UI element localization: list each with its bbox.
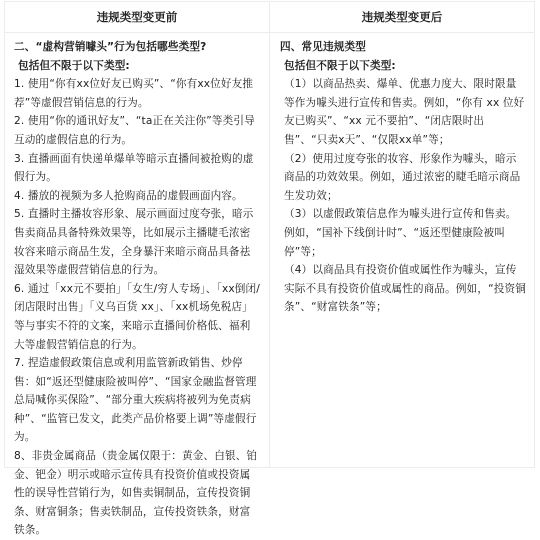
before-item-4: 4. 播放的视频为多人抢购商品的虚假画面内容。 [14, 187, 261, 206]
cell-before: 二、“虚构营销噱头”行为包括哪些类型? 包括但不限于以下类型: 1. 使用“你有… [5, 33, 270, 467]
comparison-table: 违规类型变更前 违规类型变更后 二、“虚构营销噱头”行为包括哪些类型? 包括但不… [4, 1, 535, 468]
header-before: 违规类型变更前 [5, 2, 270, 32]
table-body-row: 二、“虚构营销噱头”行为包括哪些类型? 包括但不限于以下类型: 1. 使用“你有… [5, 33, 534, 467]
after-item-1: （1）以商品热卖、爆单、优惠力度大、限时限量等作为噱头进行宣传和售卖。例如，“你… [280, 75, 526, 149]
header-after: 违规类型变更后 [270, 2, 534, 32]
after-item-3: （3）以虚假政策信息作为噱头进行宣传和售卖。例如，“国补下线倒计时”、“返还型健… [280, 205, 526, 261]
cell-after: 四、常见违规类型 包括但不限于以下类型: （1）以商品热卖、爆单、优惠力度大、限… [270, 33, 534, 467]
before-item-7: 7. 捏造虚假政策信息或利用监管新政销售、炒停售：如“返还型健康险被叫停”、“国… [14, 354, 261, 447]
before-item-6: 6. 通过「xx元不要拍」「女生/穷人专场」、「xx倒闭/闭店限时出售」「义乌百… [14, 280, 261, 354]
table-header-row: 违规类型变更前 违规类型变更后 [5, 2, 534, 33]
after-item-2: （2）使用过度夸张的妆容、形象作为噱头，暗示商品的功效效果。例如，通过浓密的睫毛… [280, 150, 526, 206]
after-section-title: 四、常见违规类型 [280, 38, 526, 57]
before-item-3: 3. 直播画面有快递单爆单等暗示直播间被抢购的虚假行为。 [14, 150, 261, 187]
after-item-4: （4）以商品具有投资价值或属性作为噱头，宣传实际不具有投资价值或属性的商品。例如… [280, 261, 526, 317]
before-item-8: 8、非贵金属商品（贵金属仅限于：黄金、白银、铂金、钯金）明示或暗示宣传具有投资价… [14, 447, 261, 474]
after-section-subtitle: 包括但不限于以下类型: [280, 57, 526, 76]
before-item-5: 5. 直播时主播妆容形象、展示画面过度夸张，暗示售卖商品具备特殊效果等，比如展示… [14, 205, 261, 279]
before-item-1: 1. 使用“你有xx位好友已购买”、“你有xx位好友推荐”等虚假营销信息的行为。 [14, 75, 261, 112]
before-section-title: 二、“虚构营销噱头”行为包括哪些类型? [14, 38, 261, 57]
before-section-subtitle: 包括但不限于以下类型: [14, 57, 261, 76]
before-item-2: 2. 使用“你的通讯好友”、“ta正在关注你”等类引导互动的虚假信息的行为。 [14, 112, 261, 149]
